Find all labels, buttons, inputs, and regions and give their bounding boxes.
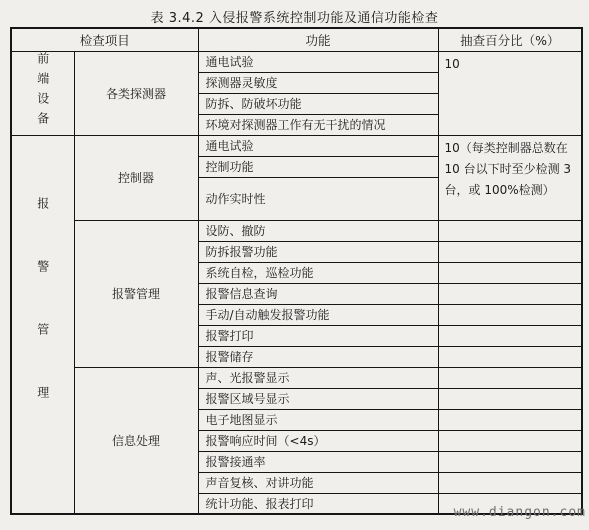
header-percent: 抽查百分比（%）: [438, 28, 582, 51]
function-cell: 电子地图显示: [198, 409, 438, 430]
function-cell: 设防、撤防: [198, 220, 438, 241]
subcategory-cell-alarm-management: 报警管理: [74, 220, 198, 367]
function-cell: 手动/自动触发报警功能: [198, 304, 438, 325]
category-label: 报警管理: [37, 197, 49, 449]
function-cell: 通电试验: [198, 135, 438, 156]
function-cell: 防拆报警功能: [198, 241, 438, 262]
function-cell: 系统自检，巡检功能: [198, 262, 438, 283]
table-header-row: 检查项目 功能 抽查百分比（%）: [11, 28, 582, 51]
percent-cell: [438, 241, 582, 262]
page-title: 表 3.4.2 入侵报警系统控制功能及通信功能检查: [0, 0, 589, 25]
percent-cell: 10: [438, 51, 582, 135]
function-cell: 报警接通率: [198, 451, 438, 472]
function-cell: 通电试验: [198, 51, 438, 72]
function-cell: 防拆、防破坏功能: [198, 93, 438, 114]
table-row: 报警管理 设防、撤防: [11, 220, 582, 241]
percent-cell: [438, 451, 582, 472]
header-function: 功能: [198, 28, 438, 51]
inspection-table: 检查项目 功能 抽查百分比（%） 前端设备 各类探测器 通电试验 10 探测器灵…: [10, 27, 583, 515]
site-watermark: www.diangon.com: [454, 505, 586, 520]
function-cell: 声、光报警显示: [198, 367, 438, 388]
function-cell: 报警打印: [198, 325, 438, 346]
subcategory-cell-detectors: 各类探测器: [74, 51, 198, 135]
function-cell: 报警区域号显示: [198, 388, 438, 409]
percent-cell: [438, 409, 582, 430]
percent-cell: [438, 220, 582, 241]
percent-cell: [438, 283, 582, 304]
table-row: 信息处理 声、光报警显示: [11, 367, 582, 388]
percent-cell: 10（每类控制器总数在 10 台以下时至少检测 3 台，或 100%检测）: [438, 135, 582, 220]
percent-cell: [438, 430, 582, 451]
percent-cell: [438, 388, 582, 409]
subcategory-cell-info-processing: 信息处理: [74, 367, 198, 514]
function-cell: 声音复核、对讲功能: [198, 472, 438, 493]
function-cell: 探测器灵敏度: [198, 72, 438, 93]
function-cell: 统计功能、报表打印: [198, 493, 438, 514]
function-cell: 控制功能: [198, 156, 438, 177]
header-check-item: 检查项目: [11, 28, 198, 51]
percent-cell: [438, 304, 582, 325]
function-cell: 报警响应时间（<4s）: [198, 430, 438, 451]
percent-cell: [438, 367, 582, 388]
subcategory-cell-controller: 控制器: [74, 135, 198, 220]
category-cell-frontend: 前端设备: [11, 51, 74, 135]
percent-cell: [438, 325, 582, 346]
category-cell-alarm-mgmt: 报警管理: [11, 135, 74, 514]
function-cell: 报警信息查询: [198, 283, 438, 304]
table-row: 前端设备 各类探测器 通电试验 10: [11, 51, 582, 72]
function-cell: 动作实时性: [198, 177, 438, 220]
percent-cell: [438, 262, 582, 283]
function-cell: 报警储存: [198, 346, 438, 367]
category-label: 前端设备: [37, 52, 49, 132]
percent-cell: [438, 346, 582, 367]
table-row: 报警管理 控制器 通电试验 10（每类控制器总数在 10 台以下时至少检测 3 …: [11, 135, 582, 156]
percent-cell: [438, 472, 582, 493]
function-cell: 环境对探测器工作有无干扰的情况: [198, 114, 438, 135]
